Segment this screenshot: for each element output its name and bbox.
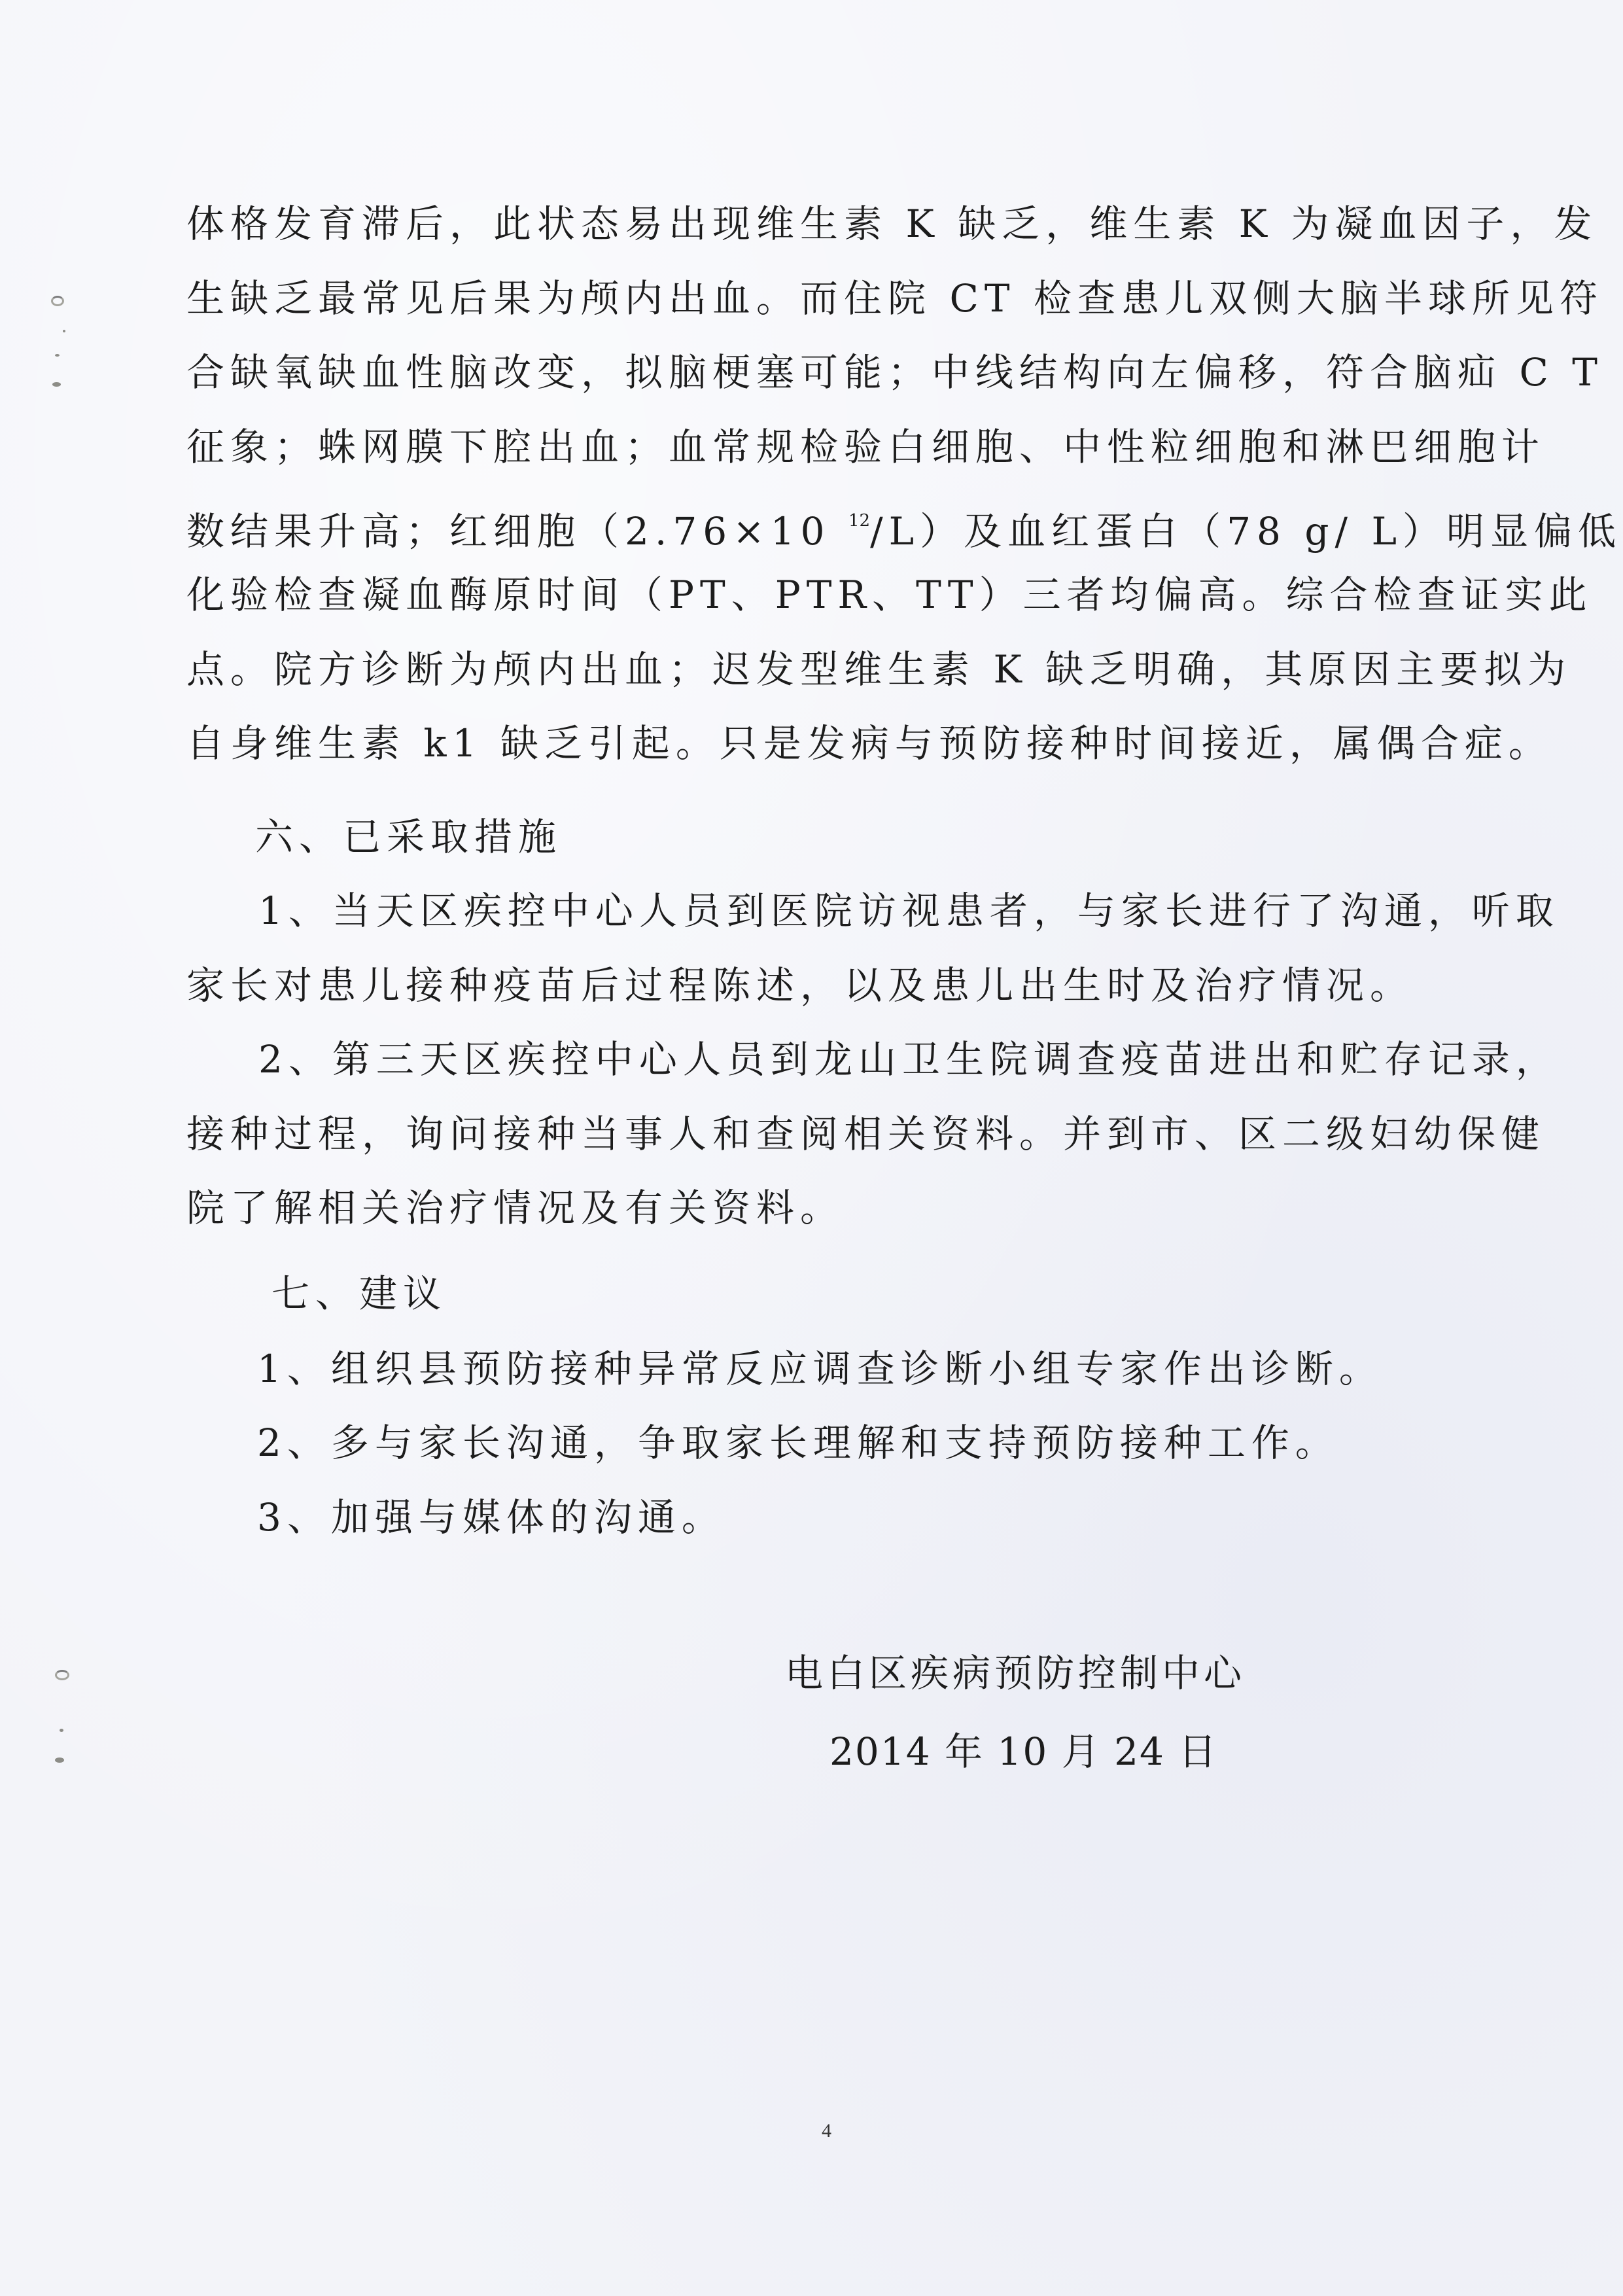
scanned-page: 体格发育滞后，此状态易出现维生素 K 缺乏，维生素 K 为凝血因子，发 生缺乏最… (0, 0, 1623, 2296)
measure-item-1-line: 家长对患儿接种疫苗后过程陈述，以及患儿出生时及治疗情况。 (186, 963, 1475, 1008)
measure-item-2-line: 院了解相关治疗情况及有关资料。 (186, 1185, 1475, 1231)
page-number: 4 (822, 2120, 831, 2142)
exponent: 12 (848, 511, 870, 531)
body-line: 化验检查凝血酶原时间（PT、PTR、TT）三者均偏高。综合检查证实此 (186, 572, 1475, 618)
issue-date: 2014 年 10 月 24 日 (829, 1729, 1217, 1775)
body-line-lab-values: 数结果升高；红细胞（2.76×10 12/L）及血红蛋白（78 g/ L）明显偏… (186, 498, 1475, 544)
punch-mark-icon (55, 1757, 64, 1763)
lab-text-before: 数结果升高；红细胞（2.76×10 (186, 509, 848, 554)
body-line: 体格发育滞后，此状态易出现维生素 K 缺乏，维生素 K 为凝血因子，发 (186, 201, 1475, 247)
issuing-organization: 电白区疾病预防控制中心 (785, 1650, 1246, 1696)
recommendation-item: 1、组织县预防接种异常反应调查诊断小组专家作出诊断。 (257, 1346, 1383, 1392)
body-line: 生缺乏最常见后果为颅内出血。而住院 CT 检查患儿双侧大脑半球所见符 (186, 275, 1475, 321)
measure-item-2-line: 接种过程，询问接种当事人和查阅相关资料。并到市、区二级妇幼保健 (186, 1111, 1475, 1157)
measure-item-2-line: 2、第三天区疾控中心人员到龙山卫生院调查疫苗进出和贮存记录， (258, 1036, 1475, 1082)
body-line: 征象；蛛网膜下腔出血；血常规检验白细胞、中性粒细胞和淋巴细胞计 (186, 424, 1475, 470)
lab-text-after: /L）及血红蛋白（78 g/ L）明显偏低； (870, 509, 1623, 554)
punch-mark-icon (55, 354, 60, 357)
section-heading: 六、已采取措施 (255, 814, 562, 860)
punch-mark-icon (60, 1729, 63, 1732)
recommendation-item: 3、加强与媒体的沟通。 (257, 1494, 725, 1540)
body-line: 自身维生素 k1 缺乏引起。只是发病与预防接种时间接近，属偶合症。 (186, 720, 1475, 766)
measure-item-1-line: 1、当天区疾控中心人员到医院访视患者，与家长进行了沟通，听取 (258, 888, 1475, 934)
punch-mark-icon (52, 382, 61, 387)
punch-hole-icon (55, 1670, 69, 1680)
recommendation-item: 2、多与家长沟通，争取家长理解和支持预防接种工作。 (257, 1420, 1339, 1466)
body-line: 合缺氧缺血性脑改变，拟脑梗塞可能；中线结构向左偏移，符合脑疝 C T (186, 349, 1475, 395)
body-line: 点。院方诊断为颅内出血；迟发型维生素 K 缺乏明确，其原因主要拟为 (186, 646, 1475, 692)
punch-hole-icon (51, 296, 64, 306)
section-heading: 七、建议 (271, 1271, 447, 1316)
punch-mark-icon (63, 330, 65, 332)
